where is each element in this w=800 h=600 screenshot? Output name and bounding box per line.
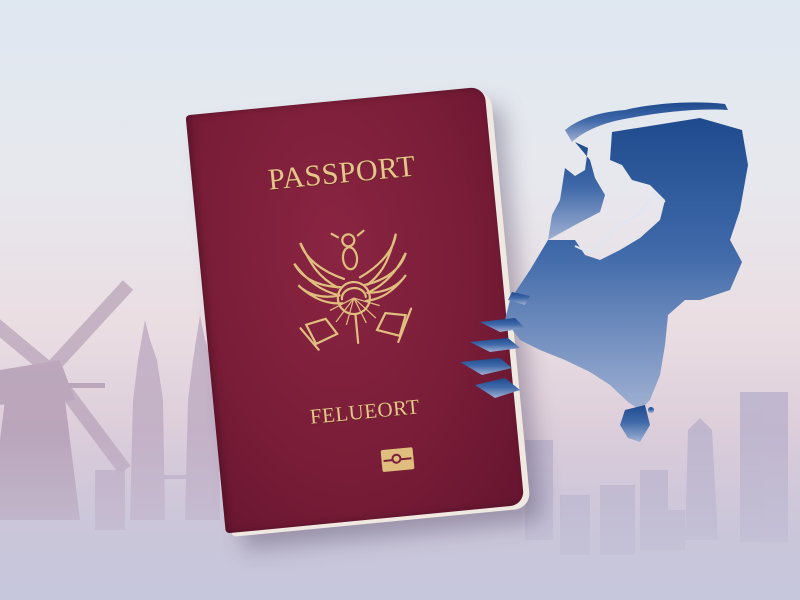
scene: PASSPORT <box>0 0 800 600</box>
netherlands-map-icon <box>0 0 800 600</box>
